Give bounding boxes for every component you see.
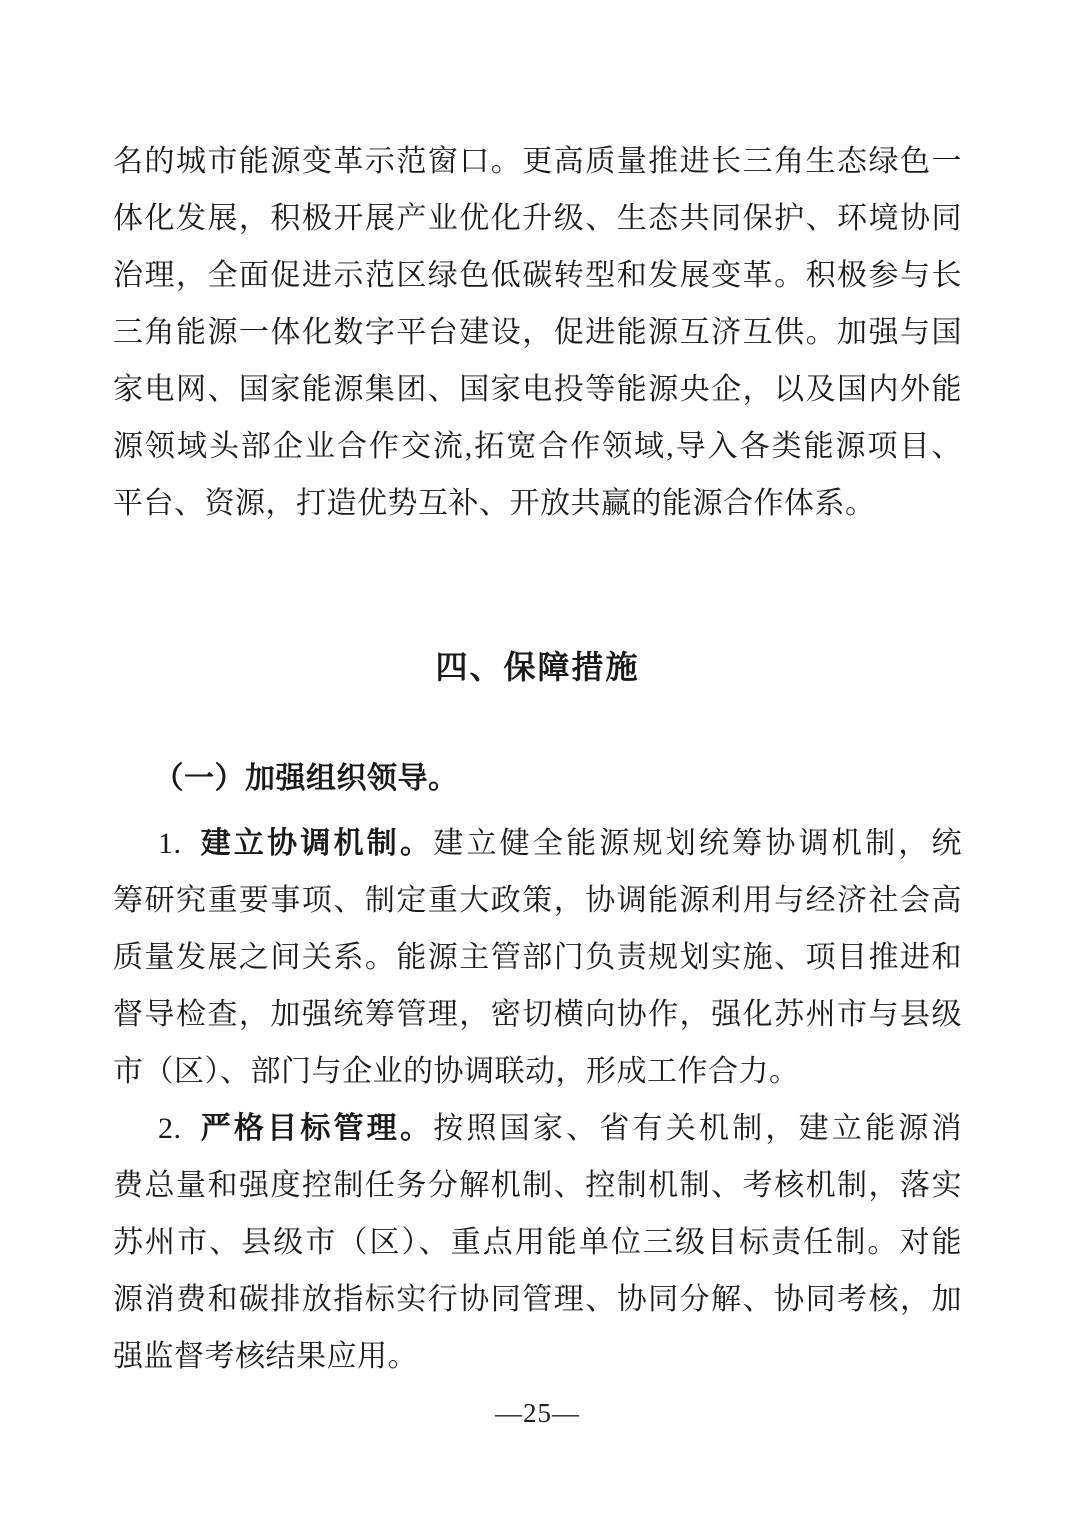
text-line: 治理，全面促进示范区绿色低碳转型和发展变革。积极参与长 xyxy=(113,247,962,304)
item-text: 按照国家、省有关机制，建立能源消 xyxy=(433,1112,962,1145)
item-text: 建立健全能源规划统筹协调机制，统 xyxy=(433,827,962,860)
text-line: 体化发展，积极开展产业优化升级、生态共同保护、环境协同 xyxy=(113,190,962,247)
item-number: 2. xyxy=(158,1112,182,1145)
page-number: —25— xyxy=(113,1385,962,1442)
item-lead: 严格目标管理。 xyxy=(198,1112,433,1145)
list-item-1: 1.建立协调机制。建立健全能源规划统筹协调机制，统 筹研究重要事项、制定重大政策… xyxy=(113,815,962,1100)
text-line: 源消费和碳排放指标实行协同管理、协同分解、协同考核，加 xyxy=(113,1271,962,1328)
text-line: 督导检查，加强统筹管理，密切横向协作，强化苏州市与县级 xyxy=(113,986,962,1043)
text-line: 名的城市能源变革示范窗口。更高质量推进长三角生态绿色一 xyxy=(113,133,962,190)
text-line: 平台、资源，打造优势互补、开放共赢的能源合作体系。 xyxy=(113,475,962,532)
text-line: 市（区）、部门与企业的协调联动，形成工作合力。 xyxy=(113,1043,962,1100)
text-line: 苏州市、县级市（区）、重点用能单位三级目标责任制。对能 xyxy=(113,1214,962,1271)
list-item-first-line: 2.严格目标管理。按照国家、省有关机制，建立能源消 xyxy=(113,1100,962,1157)
section-heading: 四、保障措施 xyxy=(113,639,962,696)
subsection-heading: （一）加强组织领导。 xyxy=(113,750,962,807)
list-item-first-line: 1.建立协调机制。建立健全能源规划统筹协调机制，统 xyxy=(113,815,962,872)
item-number: 1. xyxy=(158,827,182,860)
text-line: 质量发展之间关系。能源主管部门负责规划实施、项目推进和 xyxy=(113,929,962,986)
text-line: 费总量和强度控制任务分解机制、控制机制、考核机制，落实 xyxy=(113,1157,962,1214)
item-lead: 建立协调机制。 xyxy=(198,827,433,860)
text-line: 家电网、国家能源集团、国家电投等能源央企，以及国内外能 xyxy=(113,361,962,418)
intro-paragraph: 名的城市能源变革示范窗口。更高质量推进长三角生态绿色一 体化发展，积极开展产业优… xyxy=(113,133,962,532)
document-page: 名的城市能源变革示范窗口。更高质量推进长三角生态绿色一 体化发展，积极开展产业优… xyxy=(0,0,1080,1527)
list-item-2: 2.严格目标管理。按照国家、省有关机制，建立能源消 费总量和强度控制任务分解机制… xyxy=(113,1100,962,1385)
text-line: 三角能源一体化数字平台建设，促进能源互济互供。加强与国 xyxy=(113,304,962,361)
text-line: 源领域头部企业合作交流,拓宽合作领域,导入各类能源项目、 xyxy=(113,418,962,475)
text-line: 强监督考核结果应用。 xyxy=(113,1328,962,1385)
text-line: 筹研究重要事项、制定重大政策，协调能源利用与经济社会高 xyxy=(113,872,962,929)
